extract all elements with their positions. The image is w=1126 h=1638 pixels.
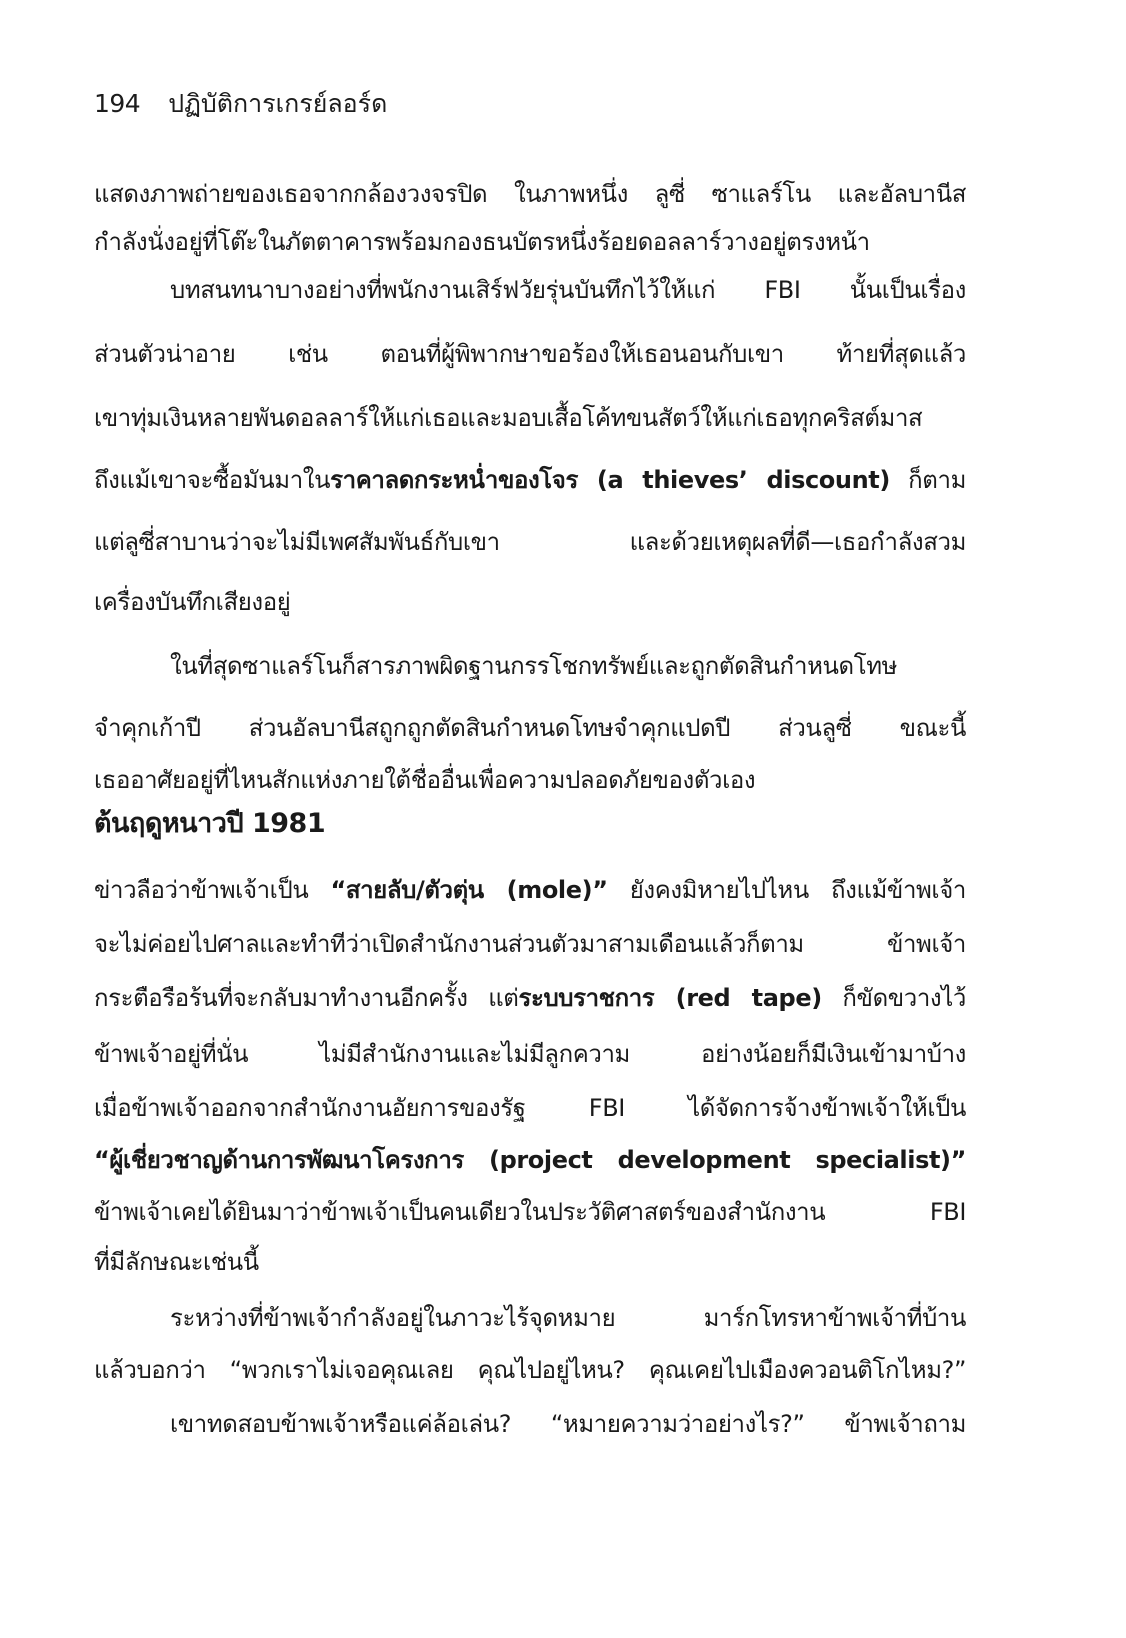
paragraph-first-line: บทสนทนาบางอย่างที่พนักงานเสิร์ฟวัยรุ่นบั… <box>170 268 966 312</box>
text-run: ยังคงมิหายไปไหน ถึงแม้ข้าพเจ้า <box>608 876 966 904</box>
text-line-with-term: ถึงแม้เขาจะซื้อมันมาในราคาลดกระหน่ำของโจ… <box>94 458 966 502</box>
bold-term: ระบบราชการ (red tape) <box>518 984 821 1012</box>
paragraph-last-line: เธออาศัยอยู่ที่ไหนสักแห่งภายใต้ชื่ออื่นเ… <box>94 758 966 802</box>
text-line-with-term: “ผู้เชี่ยวชาญด้านการพัฒนาโครงการ (projec… <box>94 1138 966 1182</box>
text-run: ถึงแม้เขาจะซื้อมันมาใน <box>94 466 330 494</box>
text-line-with-term: ข่าวลือว่าข้าพเจ้าเป็น “สายลับ/ตัวตุ่น (… <box>94 868 966 912</box>
text-line: จำคุกเก้าปี ส่วนอัลบานีสถูกถูกตัดสินกำหน… <box>94 706 966 750</box>
text-run: ก็ตาม <box>890 466 966 494</box>
text-line: ข้าพเจ้าเคยได้ยินมาว่าข้าพเจ้าเป็นคนเดีย… <box>94 1190 966 1234</box>
book-title: ปฏิบัติการเกรย์ลอร์ด <box>168 84 387 124</box>
text-line: ส่วนตัวน่าอาย เช่น ตอนที่ผู้พิพากษาขอร้อ… <box>94 332 966 376</box>
text-line: แสดงภาพถ่ายของเธอจากกล้องวงจรปิด ในภาพหน… <box>94 172 966 216</box>
text-line-with-term: กระตือรือร้นที่จะกลับมาทำงานอีกครั้ง แต่… <box>94 976 966 1020</box>
text-run: ก็ขัดขวางไว้ <box>822 984 966 1012</box>
paragraph-last-line: ที่มีลักษณะเช่นนี้ <box>94 1240 966 1284</box>
page-number: 194 <box>94 89 140 118</box>
bold-term: “สายลับ/ตัวตุ่น (mole)” <box>330 876 607 904</box>
text-line: แล้วบอกว่า “พวกเราไม่เจอคุณเลย คุณไปอยู่… <box>94 1348 966 1392</box>
paragraph-first-line: ในที่สุดซาแลร์โนก็สารภาพผิดฐานกรรโชกทรัพ… <box>170 644 966 688</box>
bold-term: ราคาลดกระหน่ำของโจร (a thieves’ discount… <box>330 466 890 494</box>
text-line: กำลังนั่งอยู่ที่โต๊ะในภัตตาคารพร้อมกองธน… <box>94 220 966 264</box>
text-line: เมื่อข้าพเจ้าออกจากสำนักงานอัยการของรัฐ … <box>94 1086 966 1130</box>
section-heading: ต้นฤดูหนาวปี 1981 <box>94 804 325 844</box>
text-line: แต่ลูซี่สาบานว่าจะไม่มีเพศสัมพันธ์กับเขา… <box>94 520 966 564</box>
paragraph-last-line: เครื่องบันทึกเสียงอยู่ <box>94 580 966 624</box>
text-line: ข้าพเจ้าอยู่ที่นั่น ไม่มีสำนักงานและไม่ม… <box>94 1032 966 1076</box>
paragraph-first-line: ระหว่างที่ข้าพเจ้ากำลังอยู่ในภาวะไร้จุดห… <box>170 1296 966 1340</box>
text-line: จะไม่ค่อยไปศาลและทำทีว่าเปิดสำนักงานส่วน… <box>94 922 966 966</box>
text-run: ข่าวลือว่าข้าพเจ้าเป็น <box>94 876 330 904</box>
paragraph-first-line: เขาทดสอบข้าพเจ้าหรือแค่ล้อเล่น? “หมายควา… <box>170 1402 966 1446</box>
bold-term: “ผู้เชี่ยวชาญด้านการพัฒนาโครงการ (projec… <box>94 1146 966 1174</box>
text-run: กระตือรือร้นที่จะกลับมาทำงานอีกครั้ง แต่ <box>94 984 518 1012</box>
text-line: เขาทุ่มเงินหลายพันดอลลาร์ให้แก่เธอและมอบ… <box>94 396 966 440</box>
running-head: 194 ปฏิบัติการเกรย์ลอร์ด <box>94 84 387 124</box>
